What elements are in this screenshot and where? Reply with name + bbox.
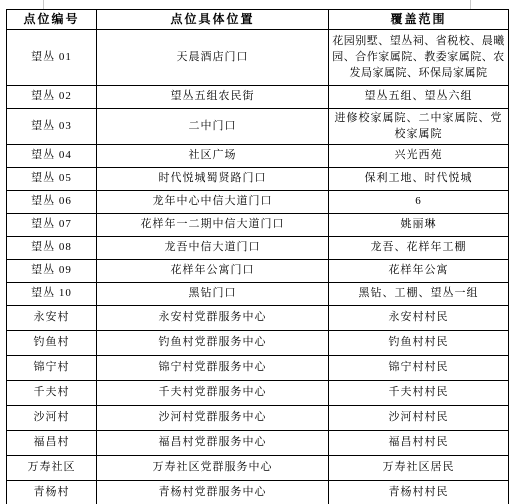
coverage-cell: 沙河村村民 bbox=[329, 406, 509, 431]
location-cell: 永安村党群服务中心 bbox=[97, 306, 329, 331]
location-cell: 万寿社区党群服务中心 bbox=[97, 456, 329, 481]
coverage-cell: 姚丽琳 bbox=[329, 214, 509, 237]
coverage-cell: 万寿社区居民 bbox=[329, 456, 509, 481]
coverage-cell: 青杨村村民 bbox=[329, 481, 509, 504]
location-cell: 黑钻门口 bbox=[97, 283, 329, 306]
header-location: 点位具体位置 bbox=[97, 10, 329, 30]
location-cell: 龙年中心中信大道门口 bbox=[97, 191, 329, 214]
location-cell: 千夫村党群服务中心 bbox=[97, 381, 329, 406]
location-cell: 福昌村党群服务中心 bbox=[97, 431, 329, 456]
coverage-cell: 千夫村村民 bbox=[329, 381, 509, 406]
point-id-cell: 望丛 07 bbox=[7, 214, 97, 237]
point-id-cell: 望丛 04 bbox=[7, 145, 97, 168]
coverage-cell: 保利工地、时代悦城 bbox=[329, 168, 509, 191]
coverage-cell: 望丛五组、望丛六组 bbox=[329, 86, 509, 109]
table-row: 望丛 07花样年一二期中信大道门口姚丽琳 bbox=[7, 214, 509, 237]
coverage-cell: 永安村村民 bbox=[329, 306, 509, 331]
table-row: 望丛 03二中门口进修校家属院、二中家属院、党校家属院 bbox=[7, 109, 509, 145]
table-row: 望丛 10黑钻门口黑钻、工棚、望丛一组 bbox=[7, 283, 509, 306]
point-id-cell: 锦宁村 bbox=[7, 356, 97, 381]
point-id-cell: 千夫村 bbox=[7, 381, 97, 406]
table-row: 望丛 04社区广场兴光西苑 bbox=[7, 145, 509, 168]
coverage-cell: 进修校家属院、二中家属院、党校家属院 bbox=[329, 109, 509, 145]
point-id-cell: 青杨村 bbox=[7, 481, 97, 504]
table-row: 福昌村福昌村党群服务中心福昌村村民 bbox=[7, 431, 509, 456]
coverage-cell: 兴光西苑 bbox=[329, 145, 509, 168]
point-id-cell: 望丛 05 bbox=[7, 168, 97, 191]
coverage-cell: 锦宁村村民 bbox=[329, 356, 509, 381]
point-id-cell: 望丛 06 bbox=[7, 191, 97, 214]
coverage-cell: 花样年公寓 bbox=[329, 260, 509, 283]
location-cell: 锦宁村党群服务中心 bbox=[97, 356, 329, 381]
coverage-cell: 黑钻、工棚、望丛一组 bbox=[329, 283, 509, 306]
header-point-id: 点位编号 bbox=[7, 10, 97, 30]
point-id-cell: 福昌村 bbox=[7, 431, 97, 456]
location-cell: 社区广场 bbox=[97, 145, 329, 168]
table-row: 千夫村千夫村党群服务中心千夫村村民 bbox=[7, 381, 509, 406]
table-row: 青杨村青杨村党群服务中心青杨村村民 bbox=[7, 481, 509, 504]
table-row: 沙河村沙河村党群服务中心沙河村村民 bbox=[7, 406, 509, 431]
point-id-cell: 沙河村 bbox=[7, 406, 97, 431]
point-id-cell: 望丛 09 bbox=[7, 260, 97, 283]
point-id-cell: 望丛 10 bbox=[7, 283, 97, 306]
location-cell: 二中门口 bbox=[97, 109, 329, 145]
column-guide-tick-left bbox=[43, 0, 44, 9]
document-page: 点位编号 点位具体位置 覆盖范围 望丛 01天晨酒店门口花园别墅、望丛祠、省税校… bbox=[0, 0, 512, 504]
coverage-cell: 6 bbox=[329, 191, 509, 214]
point-id-cell: 望丛 01 bbox=[7, 30, 97, 86]
table-row: 永安村永安村党群服务中心永安村村民 bbox=[7, 306, 509, 331]
point-id-cell: 万寿社区 bbox=[7, 456, 97, 481]
table-row: 望丛 05时代悦城蜀贤路门口保利工地、时代悦城 bbox=[7, 168, 509, 191]
location-cell: 花样年公寓门口 bbox=[97, 260, 329, 283]
table-row: 望丛 09花样年公寓门口花样年公寓 bbox=[7, 260, 509, 283]
table-row: 钓鱼村钓鱼村党群服务中心钓鱼村村民 bbox=[7, 331, 509, 356]
table-row: 望丛 08龙吾中信大道门口龙吾、花样年工棚 bbox=[7, 237, 509, 260]
location-cell: 天晨酒店门口 bbox=[97, 30, 329, 86]
header-coverage: 覆盖范围 bbox=[329, 10, 509, 30]
location-cell: 龙吾中信大道门口 bbox=[97, 237, 329, 260]
table-row: 万寿社区万寿社区党群服务中心万寿社区居民 bbox=[7, 456, 509, 481]
point-id-cell: 望丛 02 bbox=[7, 86, 97, 109]
point-id-cell: 望丛 08 bbox=[7, 237, 97, 260]
coverage-cell: 钓鱼村村民 bbox=[329, 331, 509, 356]
location-cell: 望丛五组农民街 bbox=[97, 86, 329, 109]
table-header-row: 点位编号 点位具体位置 覆盖范围 bbox=[7, 10, 509, 30]
table-row: 望丛 06龙年中心中信大道门口6 bbox=[7, 191, 509, 214]
table-row: 望丛 02望丛五组农民街望丛五组、望丛六组 bbox=[7, 86, 509, 109]
coverage-cell: 花园别墅、望丛祠、省税校、晨曦园、合作家属院、教委家属院、农发局家属院、环保局家… bbox=[329, 30, 509, 86]
location-cell: 钓鱼村党群服务中心 bbox=[97, 331, 329, 356]
table-row: 锦宁村锦宁村党群服务中心锦宁村村民 bbox=[7, 356, 509, 381]
location-cell: 时代悦城蜀贤路门口 bbox=[97, 168, 329, 191]
table-body: 望丛 01天晨酒店门口花园别墅、望丛祠、省税校、晨曦园、合作家属院、教委家属院、… bbox=[7, 30, 509, 504]
location-cell: 青杨村党群服务中心 bbox=[97, 481, 329, 504]
point-id-cell: 永安村 bbox=[7, 306, 97, 331]
location-cell: 花样年一二期中信大道门口 bbox=[97, 214, 329, 237]
table-row: 望丛 01天晨酒店门口花园别墅、望丛祠、省税校、晨曦园、合作家属院、教委家属院、… bbox=[7, 30, 509, 86]
points-table: 点位编号 点位具体位置 覆盖范围 望丛 01天晨酒店门口花园别墅、望丛祠、省税校… bbox=[6, 9, 509, 504]
coverage-cell: 福昌村村民 bbox=[329, 431, 509, 456]
location-cell: 沙河村党群服务中心 bbox=[97, 406, 329, 431]
point-id-cell: 望丛 03 bbox=[7, 109, 97, 145]
coverage-cell: 龙吾、花样年工棚 bbox=[329, 237, 509, 260]
column-guide-tick-right bbox=[470, 0, 471, 9]
point-id-cell: 钓鱼村 bbox=[7, 331, 97, 356]
